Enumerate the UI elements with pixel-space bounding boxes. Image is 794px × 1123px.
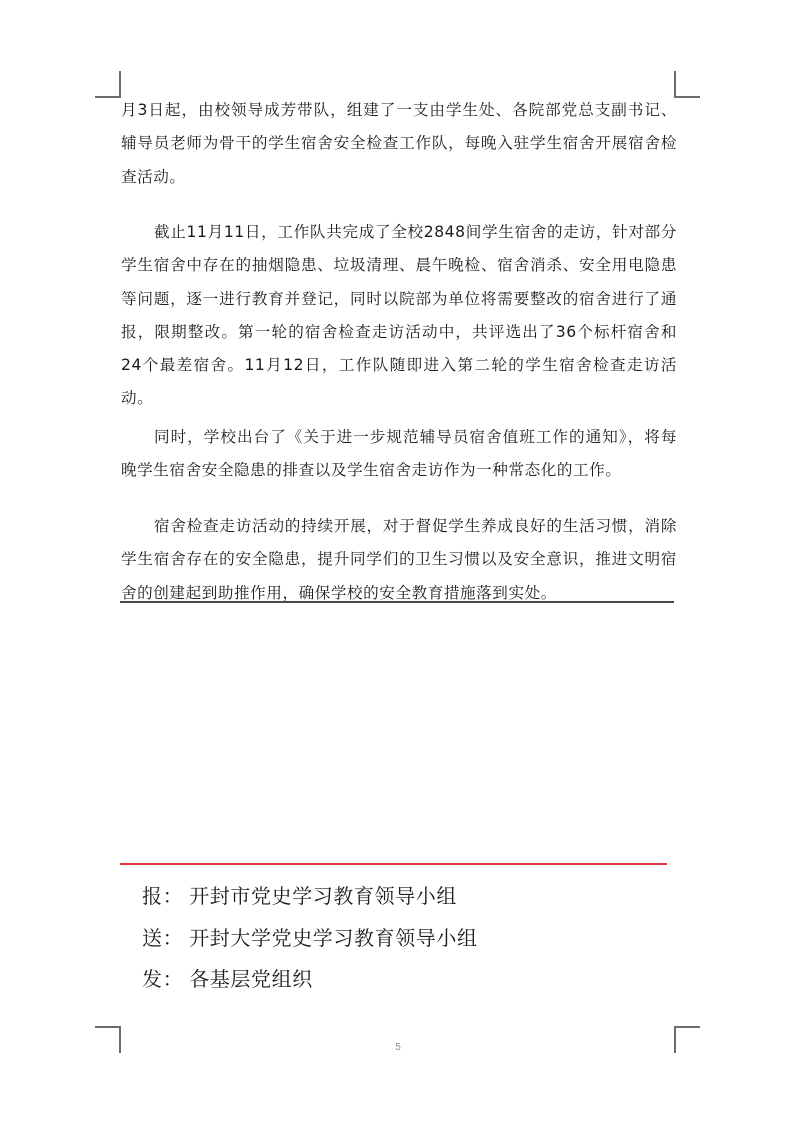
- distribution-list: 报：开封市党史学习教育领导小组 送：开封大学党史学习教育领导小组 发：各基层党组…: [142, 876, 478, 1001]
- distribution-recipient: 开封市党史学习教育领导小组: [189, 884, 457, 908]
- crop-mark-top-left: [95, 71, 121, 98]
- distribution-divider: [120, 863, 667, 865]
- distribution-recipient: 各基层党组织: [189, 967, 313, 991]
- crop-mark-bottom-right: [674, 1026, 700, 1053]
- distribution-issue-to: 发：各基层党组织: [142, 959, 478, 1001]
- paragraph-duty-notice: 同时，学校出台了《关于进一步规范辅导员宿舍值班工作的通知》，将每晚学生宿舍安全隐…: [121, 421, 677, 488]
- distribution-label: 报：: [142, 884, 183, 908]
- page-number: 5: [392, 1042, 404, 1053]
- content-end-divider: [120, 601, 674, 603]
- paragraph-inspection-results: 截止11月11日，工作队共完成了全校2848间学生宿舍的走访，针对部分学生宿舍中…: [121, 216, 677, 416]
- paragraph-continuation: 月3日起，由校领导成芳带队，组建了一支由学生处、各院部党总支副书记、辅导员老师为…: [121, 94, 677, 194]
- distribution-report-to: 报：开封市党史学习教育领导小组: [142, 876, 478, 918]
- distribution-send-to: 送：开封大学党史学习教育领导小组: [142, 918, 478, 960]
- distribution-label: 发：: [142, 967, 183, 991]
- distribution-label: 送：: [142, 926, 183, 950]
- crop-mark-bottom-left: [95, 1026, 121, 1053]
- distribution-recipient: 开封大学党史学习教育领导小组: [189, 926, 477, 950]
- document-page: 月3日起，由校领导成芳带队，组建了一支由学生处、各院部党总支副书记、辅导员老师为…: [0, 0, 794, 1123]
- crop-mark-top-right: [674, 71, 700, 98]
- paragraph-conclusion: 宿舍检查走访活动的持续开展，对于督促学生养成良好的生活习惯，消除学生宿舍存在的安…: [121, 510, 677, 610]
